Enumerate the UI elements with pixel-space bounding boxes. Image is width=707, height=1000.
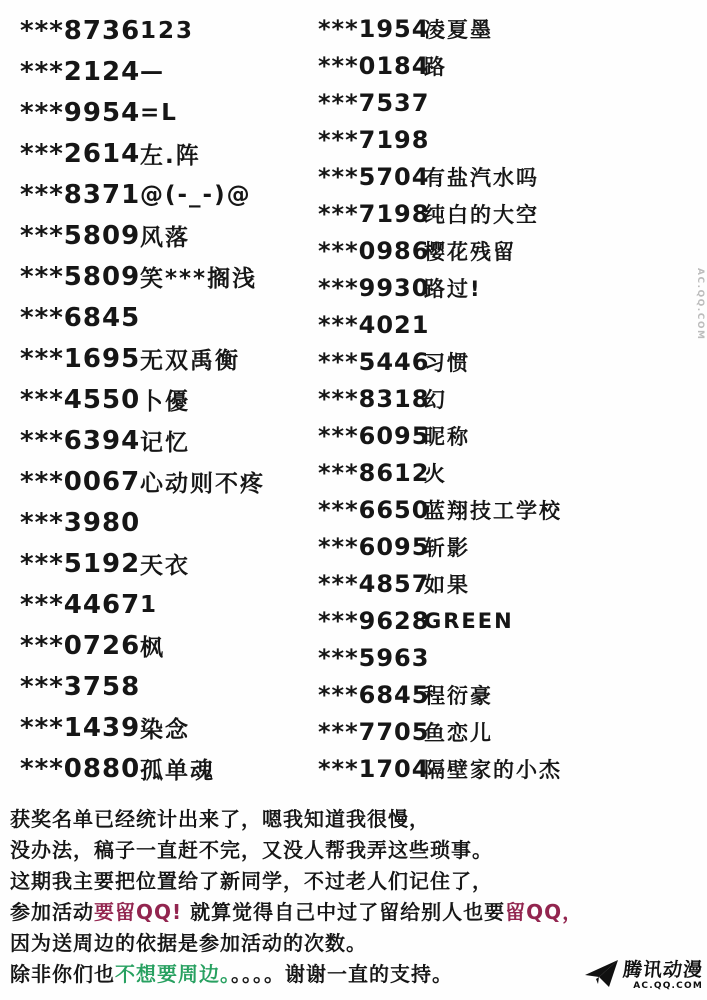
winner-qq-masked: ***8612 xyxy=(318,459,424,487)
winner-qq-masked: ***8736 xyxy=(20,16,140,46)
winner-qq-masked: ***6845 xyxy=(20,303,140,333)
winner-nickname: 路 xyxy=(424,51,447,81)
winner-nickname: 纯白的大空 xyxy=(424,199,539,229)
winner-row: ***5704有盐汽水吗 xyxy=(318,158,703,195)
winner-nickname: GREEN xyxy=(424,609,514,633)
winner-row: ***0986樱花残留 xyxy=(318,232,703,269)
winner-row: ***9628GREEN xyxy=(318,602,703,639)
winner-nickname: 樱花残留 xyxy=(424,236,516,266)
paper-plane-icon xyxy=(584,958,620,992)
winner-row: ***2614左.阵 xyxy=(20,133,318,174)
winner-row: ***5809风落 xyxy=(20,215,318,256)
winner-qq-masked: ***1704 xyxy=(318,755,424,783)
winner-nickname: 无双禹衡 xyxy=(140,342,240,375)
footer-line: 参加活动要留QQ! 就算觉得自己中过了留给别人也要留QQ， xyxy=(10,897,700,928)
winner-nickname: 昵称 xyxy=(424,421,470,451)
winner-row: ***4857如果 xyxy=(318,565,703,602)
winner-row: ***6394记忆 xyxy=(20,420,318,461)
qq-reminder-highlight: 留QQ， xyxy=(505,900,583,924)
winner-nickname: 凌夏墨 xyxy=(424,14,493,44)
winner-qq-masked: ***7198 xyxy=(318,126,424,154)
winner-qq-masked: ***5192 xyxy=(20,549,140,579)
winner-qq-masked: ***6394 xyxy=(20,426,140,456)
winner-qq-masked: ***2124 xyxy=(20,57,140,87)
winner-qq-masked: ***4467 xyxy=(20,590,140,620)
winner-qq-masked: ***5963 xyxy=(318,644,424,672)
winner-nickname: 卜優 xyxy=(140,383,190,416)
winner-nickname: 123 xyxy=(140,18,194,44)
winner-nickname: 斩影 xyxy=(424,532,470,562)
winner-qq-masked: ***5809 xyxy=(20,262,140,292)
winner-row: ***2124— xyxy=(20,51,318,92)
winner-nickname: 左.阵 xyxy=(140,137,201,170)
winner-qq-masked: ***0726 xyxy=(20,631,140,661)
winner-qq-masked: ***7537 xyxy=(318,89,424,117)
winner-nickname: 如果 xyxy=(424,569,470,599)
winner-nickname: 火 xyxy=(424,458,447,488)
tencent-comics-logo: 腾讯动漫 AC.QQ.COM xyxy=(584,958,703,992)
winner-qq-masked: ***4857 xyxy=(318,570,424,598)
footer-text: 。。。。谢谢一直的支持。 xyxy=(231,962,453,986)
winner-qq-masked: ***5704 xyxy=(318,163,424,191)
winner-nickname: 天衣 xyxy=(140,547,190,580)
footer-text: 这期我主要把位置给了新同学，不过老人们记住了， xyxy=(10,869,493,893)
winner-row: ***0726枫 xyxy=(20,625,318,666)
winner-row: ***0067心动则不疼 xyxy=(20,461,318,502)
winner-qq-masked: ***3758 xyxy=(20,672,140,702)
winner-nickname: 隔壁家的小杰 xyxy=(424,754,562,784)
winner-row: ***6095斩影 xyxy=(318,528,703,565)
winner-nickname: =L xyxy=(140,100,178,126)
winner-column-right: ***1954凌夏墨***0184路***7537***7198***5704有… xyxy=(318,10,703,789)
winner-nickname: 风落 xyxy=(140,219,190,252)
winner-row: ***1954凌夏墨 xyxy=(318,10,703,47)
winner-row: ***0880孤单魂 xyxy=(20,748,318,789)
winner-qq-masked: ***6845 xyxy=(318,681,424,709)
winner-list: ***8736123***2124—***9954=L***2614左.阵***… xyxy=(20,10,703,789)
footer-text: 因为送周边的依据是参加活动的次数。 xyxy=(10,931,367,955)
winner-qq-masked: ***4550 xyxy=(20,385,140,415)
winner-row: ***9954=L xyxy=(20,92,318,133)
winner-qq-masked: ***4021 xyxy=(318,311,424,339)
winner-nickname: 鱼恋儿 xyxy=(424,717,493,747)
winner-row: ***6095昵称 xyxy=(318,417,703,454)
winner-row: ***4550卜優 xyxy=(20,379,318,420)
winner-qq-masked: ***1439 xyxy=(20,713,140,743)
footer-line: 获奖名单已经统计出来了，嗯我知道我很慢， xyxy=(10,804,700,835)
winner-qq-masked: ***0986 xyxy=(318,237,424,265)
footer-text: 就算觉得自己中过了留给别人也要 xyxy=(182,900,505,924)
winner-row: ***7537 xyxy=(318,84,703,121)
side-watermark: AC.QQ.COM xyxy=(695,268,705,340)
winner-qq-masked: ***0184 xyxy=(318,52,424,80)
winner-row: ***1439染念 xyxy=(20,707,318,748)
winner-qq-masked: ***7705 xyxy=(318,718,424,746)
winner-nickname: 记忆 xyxy=(140,424,190,457)
winner-qq-masked: ***6095 xyxy=(318,533,424,561)
winner-qq-masked: ***0067 xyxy=(20,467,140,497)
winner-qq-masked: ***1695 xyxy=(20,344,140,374)
logo-site-url: AC.QQ.COM xyxy=(633,981,703,991)
winner-qq-masked: ***9628 xyxy=(318,607,424,635)
logo-text-block: 腾讯动漫 AC.QQ.COM xyxy=(623,960,703,991)
winner-row: ***8318幻 xyxy=(318,380,703,417)
winner-qq-masked: ***9954 xyxy=(20,98,140,128)
winner-nickname: 笑***搁浅 xyxy=(140,260,257,293)
winner-row: ***6845程衍豪 xyxy=(318,676,703,713)
winner-row: ***44671 xyxy=(20,584,318,625)
winner-nickname: 蓝翔技工学校 xyxy=(424,495,562,525)
winner-nickname: 染念 xyxy=(140,711,190,744)
winner-row: ***0184路 xyxy=(318,47,703,84)
winner-row: ***8371@(-_-)@ xyxy=(20,174,318,215)
winner-nickname: 枫 xyxy=(140,629,165,662)
winner-qq-masked: ***0880 xyxy=(20,754,140,784)
no-merch-highlight: 不想要周边。 xyxy=(115,962,231,986)
winner-nickname: 孤单魂 xyxy=(140,752,215,785)
winner-row: ***7198 xyxy=(318,121,703,158)
logo-brand-name: 腾讯动漫 xyxy=(622,960,704,980)
winner-nickname: @(-_-)@ xyxy=(140,182,252,208)
footer-text: 获奖名单已经统计出来了，嗯我知道我很慢， xyxy=(10,807,430,831)
winner-row: ***6845 xyxy=(20,297,318,338)
winner-qq-masked: ***1954 xyxy=(318,15,424,43)
footer-text: 没办法，稿子一直赶不完，又没人帮我弄这些琐事。 xyxy=(10,838,493,862)
winner-row: ***7198纯白的大空 xyxy=(318,195,703,232)
winner-qq-masked: ***5446 xyxy=(318,348,424,376)
winner-row: ***3980 xyxy=(20,502,318,543)
winner-nickname: 心动则不疼 xyxy=(140,465,265,498)
winner-qq-masked: ***8318 xyxy=(318,385,424,413)
winner-row: ***5446习惯 xyxy=(318,343,703,380)
winner-nickname: 幻 xyxy=(424,384,447,414)
winner-nickname: 路过! xyxy=(424,273,482,303)
winner-qq-masked: ***3980 xyxy=(20,508,140,538)
winner-nickname: 有盐汽水吗 xyxy=(424,162,539,192)
winner-row: ***6650蓝翔技工学校 xyxy=(318,491,703,528)
winner-nickname: 习惯 xyxy=(424,347,470,377)
winner-qq-masked: ***6095 xyxy=(318,422,424,450)
winner-row: ***7705鱼恋儿 xyxy=(318,713,703,750)
winner-qq-masked: ***7198 xyxy=(318,200,424,228)
winner-row: ***3758 xyxy=(20,666,318,707)
winner-qq-masked: ***5809 xyxy=(20,221,140,251)
footer-text: 除非你们也 xyxy=(10,962,115,986)
footer-line: 因为送周边的依据是参加活动的次数。 xyxy=(10,928,700,959)
winner-nickname: 1 xyxy=(140,592,158,618)
winner-qq-masked: ***9930 xyxy=(318,274,424,302)
winner-row: ***8736123 xyxy=(20,10,318,51)
winner-qq-masked: ***2614 xyxy=(20,139,140,169)
winner-row: ***5192天衣 xyxy=(20,543,318,584)
winner-nickname: — xyxy=(140,59,165,85)
winner-row: ***9930路过! xyxy=(318,269,703,306)
winner-row: ***1695无双禹衡 xyxy=(20,338,318,379)
winner-qq-masked: ***6650 xyxy=(318,496,424,524)
winner-row: ***5809笑***搁浅 xyxy=(20,256,318,297)
comic-page: ***8736123***2124—***9954=L***2614左.阵***… xyxy=(0,0,707,1000)
winner-row: ***5963 xyxy=(318,639,703,676)
winner-row: ***4021 xyxy=(318,306,703,343)
footer-text: 参加活动 xyxy=(10,900,94,924)
winner-row: ***8612火 xyxy=(318,454,703,491)
qq-reminder-highlight: 要留QQ! xyxy=(94,900,182,924)
winner-qq-masked: ***8371 xyxy=(20,180,140,210)
footer-line: 没办法，稿子一直赶不完，又没人帮我弄这些琐事。 xyxy=(10,835,700,866)
winner-nickname: 程衍豪 xyxy=(424,680,493,710)
winner-column-left: ***8736123***2124—***9954=L***2614左.阵***… xyxy=(20,10,318,789)
winner-row: ***1704隔壁家的小杰 xyxy=(318,750,703,787)
footer-line: 这期我主要把位置给了新同学，不过老人们记住了， xyxy=(10,866,700,897)
